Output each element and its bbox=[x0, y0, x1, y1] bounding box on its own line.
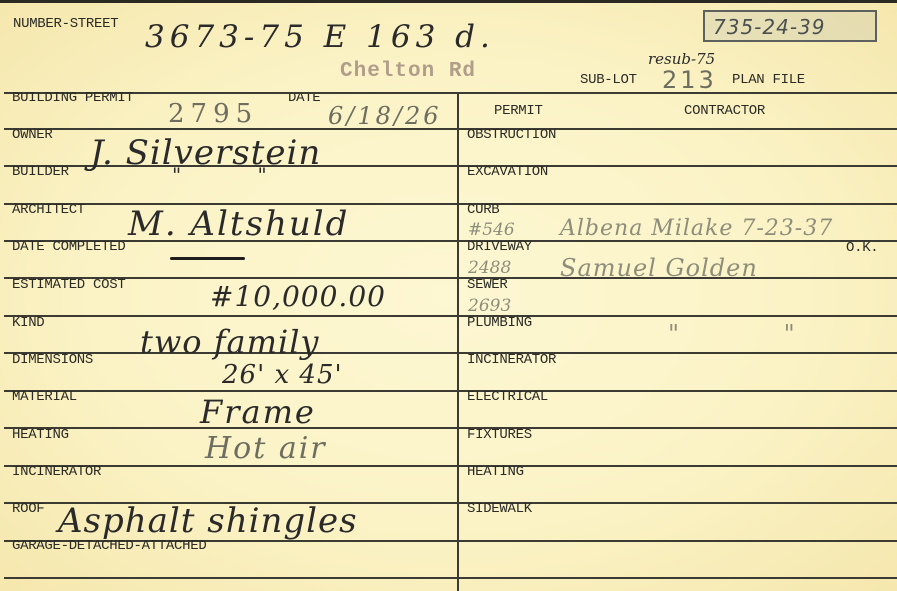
field-value-building-permit: 2795 bbox=[168, 101, 258, 127]
ruled-line bbox=[4, 92, 897, 94]
ruled-line bbox=[4, 577, 897, 579]
field-label-garage-detached-attached: GARAGE-DETACHED-ATTACHED bbox=[12, 539, 206, 553]
permit-column-header: PERMIT bbox=[494, 104, 543, 118]
building-permit-card: NUMBER-STREET 3673-75 E 163 d. Chelton R… bbox=[0, 0, 897, 591]
date-value: 6/18/26 bbox=[328, 104, 442, 128]
permit-number-driveway: #546 bbox=[468, 222, 515, 239]
permit-contractor-sewer: Samuel Golden bbox=[560, 256, 758, 280]
field-label-date-completed: DATE COMPLETED bbox=[12, 240, 125, 254]
field-label-owner: OWNER bbox=[12, 128, 53, 142]
permit-contractor-driveway: Albena Milake 7-23-37 bbox=[560, 218, 833, 240]
block-number-stamp-text: 735-24-39 bbox=[713, 15, 826, 39]
field-value-heating: Hot air bbox=[205, 434, 327, 464]
permit-label-sidewalk: SIDEWALK bbox=[467, 502, 532, 516]
date-completed-dash bbox=[170, 257, 245, 260]
permit-label-curb: CURB bbox=[467, 203, 499, 217]
sub-lot-label: SUB-LOT bbox=[580, 73, 637, 87]
field-label-roof: ROOF bbox=[12, 502, 44, 516]
field-value-builder: " " bbox=[172, 165, 267, 185]
ruled-line bbox=[4, 315, 897, 317]
permit-note-driveway: O.K. bbox=[846, 241, 878, 255]
field-label-heating: HEATING bbox=[12, 428, 69, 442]
ruled-line bbox=[4, 128, 897, 130]
permit-label-sewer: SEWER bbox=[467, 278, 508, 292]
ruled-line bbox=[4, 465, 897, 467]
column-divider bbox=[457, 92, 459, 591]
permit-label-fixtures: FIXTURES bbox=[467, 428, 532, 442]
permit-label-incinerator: INCINERATOR bbox=[467, 353, 556, 367]
field-label-builder: BUILDER bbox=[12, 165, 69, 179]
permit-label-excavation: EXCAVATION bbox=[467, 165, 548, 179]
field-label-architect: ARCHITECT bbox=[12, 203, 85, 217]
permit-label-plumbing: PLUMBING bbox=[467, 316, 532, 330]
plan-file-label: PLAN FILE bbox=[732, 73, 805, 87]
field-value-roof: Asphalt shingles bbox=[58, 504, 358, 538]
permit-label-electrical: ELECTRICAL bbox=[467, 390, 548, 404]
permit-label-obstruction: OBSTRUCTION bbox=[467, 128, 556, 142]
field-label-dimensions: DIMENSIONS bbox=[12, 353, 93, 367]
ruled-line bbox=[4, 427, 897, 429]
field-label-material: MATERIAL bbox=[12, 390, 77, 404]
ruled-line bbox=[4, 277, 897, 279]
permit-label-driveway: DRIVEWAY bbox=[467, 240, 532, 254]
field-value-material: Frame bbox=[200, 396, 316, 428]
field-label-incinerator: INCINERATOR bbox=[12, 465, 101, 479]
block-number-stamp: 735-24-39 bbox=[703, 10, 877, 42]
field-label-building-permit: BUILDING PERMIT bbox=[12, 91, 134, 105]
permit-number-plumbing: 2693 bbox=[468, 298, 511, 315]
permit-contractor-plumbing: " " bbox=[668, 322, 796, 346]
number-street-label: NUMBER-STREET bbox=[13, 17, 118, 31]
permit-label-heating: HEATING bbox=[467, 465, 524, 479]
field-value-kind: two family bbox=[140, 326, 320, 358]
number-street-value: 3673-75 E 163 d. bbox=[145, 22, 495, 53]
field-value-architect: M. Altshuld bbox=[128, 207, 349, 241]
field-label-kind: KIND bbox=[12, 316, 44, 330]
street-name-stamp: Chelton Rd bbox=[340, 60, 476, 83]
sub-lot-value: 213 bbox=[662, 68, 717, 92]
resub-note: resub-75 bbox=[648, 52, 715, 67]
field-value-dimensions: 26' x 45' bbox=[222, 362, 343, 388]
ruled-line bbox=[4, 352, 897, 354]
ruled-line bbox=[4, 390, 897, 392]
card-top-edge bbox=[0, 0, 897, 3]
field-label-estimated-cost: ESTIMATED COST bbox=[12, 278, 125, 292]
permit-number-sewer: 2488 bbox=[468, 260, 511, 277]
field-value-estimated-cost: #10,000.00 bbox=[210, 283, 386, 311]
contractor-column-header: CONTRACTOR bbox=[684, 104, 765, 118]
